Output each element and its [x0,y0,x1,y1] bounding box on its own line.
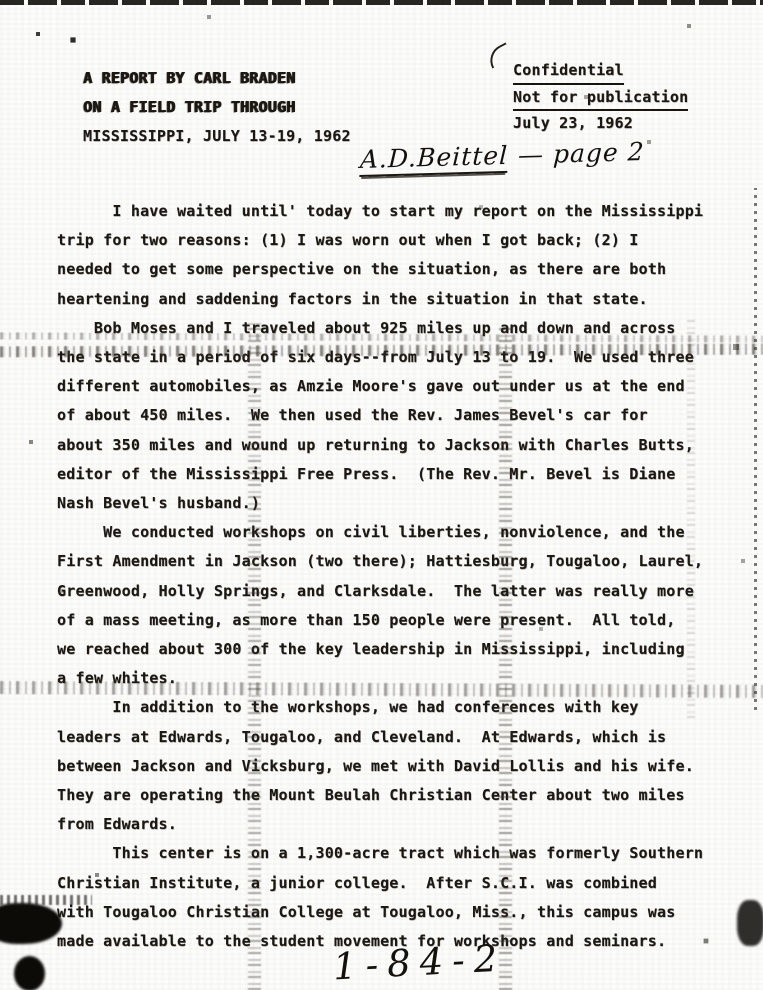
report-body: I have waited until' today to start my r… [57,197,747,956]
recipient-name: A.D.Beittel [359,141,508,177]
dust-specks-artifact [0,0,2,2]
paragraph-3: We conducted workshops on civil libertie… [57,518,747,693]
ink-blot-artifact [737,900,763,946]
confidential-stamp: Confidential [513,58,624,85]
scan-edge-artifact-right [754,188,757,710]
not-for-publication-stamp: Not for publication [513,85,688,112]
report-title-line-3: MISSISSIPPI, JULY 13-19, 1962 [83,122,351,151]
paragraph-5: This center is on a 1,300-acre tract whi… [57,839,747,956]
classification-block: Confidential Not for publication July 23… [513,58,688,136]
paragraph-4: In addition to the workshops, we had con… [57,693,747,839]
report-title-line-2: ON A FIELD TRIP THROUGH [83,93,351,122]
scanned-document-page: A REPORT BY CARL BRADEN ON A FIELD TRIP … [0,0,763,990]
report-title-line-1: A REPORT BY CARL BRADEN [83,64,351,93]
speck-trail-artifact [0,895,92,905]
fold-streak-artifact [248,320,261,990]
fold-streak-artifact [687,318,695,718]
page-reference: — page 2 [518,137,646,170]
fold-streak-artifact [499,326,512,990]
report-date: July 23, 1962 [513,111,688,136]
scan-edge-artifact-top [0,0,763,5]
paragraph-1: I have waited until' today to start my r… [57,197,747,314]
report-title: A REPORT BY CARL BRADEN ON A FIELD TRIP … [83,64,351,151]
ink-blot-artifact [14,956,45,990]
handwritten-document-number: 1-84-2 [332,936,507,988]
